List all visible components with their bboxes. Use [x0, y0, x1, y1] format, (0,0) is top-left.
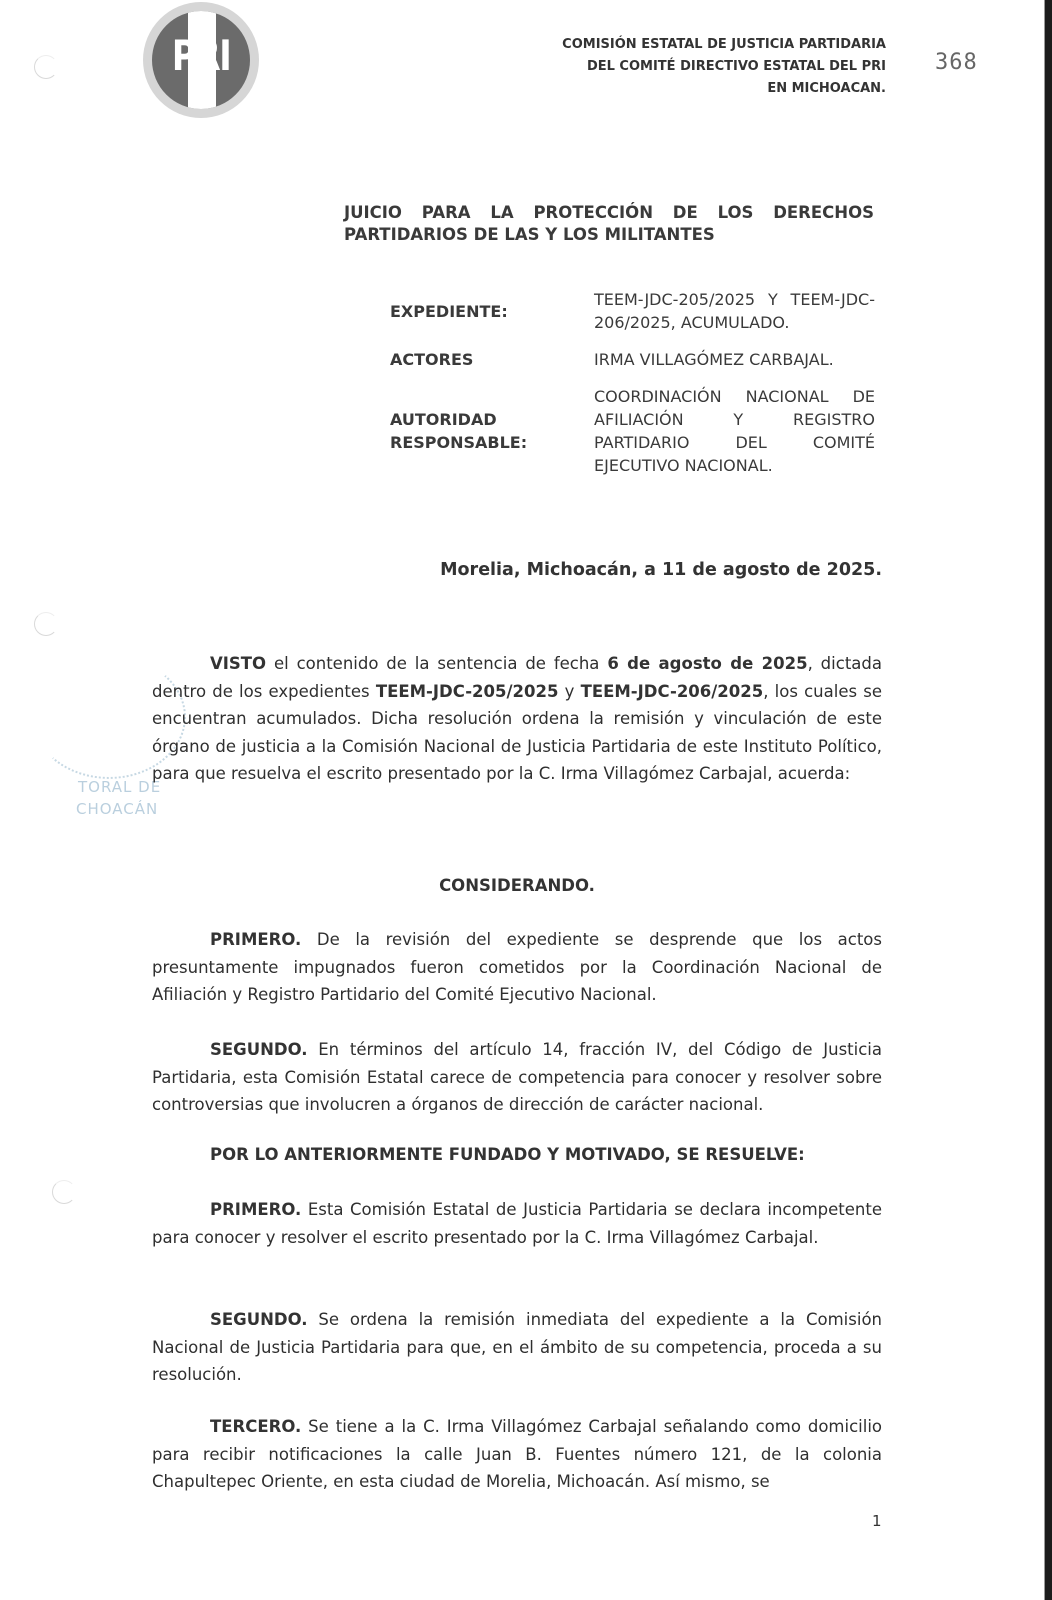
scan-edge — [1044, 0, 1052, 1600]
case-title: JUICIO PARA LA PROTECCIÓN DE LOS DERECHO… — [344, 202, 874, 246]
considerando-heading: CONSIDERANDO. — [152, 876, 882, 895]
pri-logo: PRI — [143, 2, 259, 118]
meta-value: IRMA VILLAGÓMEZ CARBAJAL. — [594, 348, 875, 371]
org-line: EN MICHOACAN. — [562, 78, 886, 100]
punch-hole — [52, 1180, 76, 1204]
resolutivo-segundo: SEGUNDO. Se ordena la remisión inmediata… — [152, 1306, 882, 1389]
resolutivo-primero: PRIMERO. Esta Comisión Estatal de Justic… — [152, 1196, 882, 1251]
logo-text: PRI — [162, 31, 240, 80]
place-date: Morelia, Michoacán, a 11 de agosto de 20… — [440, 560, 882, 580]
considerando-segundo: SEGUNDO. En términos del artículo 14, fr… — [152, 1036, 882, 1119]
item-lead: PRIMERO. — [210, 930, 301, 949]
issuing-organization: COMISIÓN ESTATAL DE JUSTICIA PARTIDARIA … — [562, 34, 886, 100]
text-run: el contenido de la sentencia de fecha — [266, 654, 607, 673]
sentence-date: 6 de agosto de 2025 — [607, 654, 807, 673]
org-line: COMISIÓN ESTATAL DE JUSTICIA PARTIDARIA — [562, 34, 886, 56]
meta-row-autoridad: AUTORIDAD RESPONSABLE: COORDINACIÓN NACI… — [390, 385, 875, 477]
punch-hole — [34, 55, 58, 79]
case-number: TEEM-JDC-205/2025 — [376, 682, 559, 701]
text-run: y — [558, 682, 580, 701]
resolutivo-tercero: TERCERO. Se tiene a la C. Irma Villagóme… — [152, 1413, 882, 1496]
meta-value: TEEM-JDC-205/2025 Y TEEM-JDC-206/2025, A… — [594, 288, 875, 334]
org-line: DEL COMITÉ DIRECTIVO ESTATAL DEL PRI — [562, 56, 886, 78]
page-number: 1 — [872, 1512, 882, 1530]
case-metadata: EXPEDIENTE: TEEM-JDC-205/2025 Y TEEM-JDC… — [390, 288, 875, 491]
item-lead: SEGUNDO. — [210, 1040, 308, 1059]
stamp-text: TORAL DE — [78, 777, 161, 797]
meta-label: AUTORIDAD RESPONSABLE: — [390, 385, 594, 477]
stamp-text: CHOACÁN — [76, 799, 158, 819]
folio-number: 368 — [935, 50, 978, 75]
item-lead: TERCERO. — [210, 1417, 301, 1436]
meta-label: ACTORES — [390, 348, 594, 371]
case-title-line: PARTIDARIOS DE LAS Y LOS MILITANTES — [344, 225, 715, 244]
case-number: TEEM-JDC-206/2025 — [581, 682, 764, 701]
visto-paragraph: VISTO el contenido de la sentencia de fe… — [152, 650, 882, 788]
meta-row-actores: ACTORES IRMA VILLAGÓMEZ CARBAJAL. — [390, 348, 875, 371]
meta-value: COORDINACIÓN NACIONAL DE AFILIACIÓN Y RE… — [594, 385, 875, 477]
considerando-primero: PRIMERO. De la revisión del expediente s… — [152, 926, 882, 1009]
resolutivos-heading: POR LO ANTERIORMENTE FUNDADO Y MOTIVADO,… — [152, 1145, 890, 1164]
meta-row-expediente: EXPEDIENTE: TEEM-JDC-205/2025 Y TEEM-JDC… — [390, 288, 875, 334]
item-lead: PRIMERO. — [210, 1200, 301, 1219]
visto-lead: VISTO — [210, 654, 266, 673]
meta-label: EXPEDIENTE: — [390, 288, 594, 334]
case-title-line: JUICIO PARA LA PROTECCIÓN DE LOS DERECHO… — [344, 202, 874, 224]
punch-hole — [34, 612, 58, 636]
item-lead: SEGUNDO. — [210, 1310, 308, 1329]
